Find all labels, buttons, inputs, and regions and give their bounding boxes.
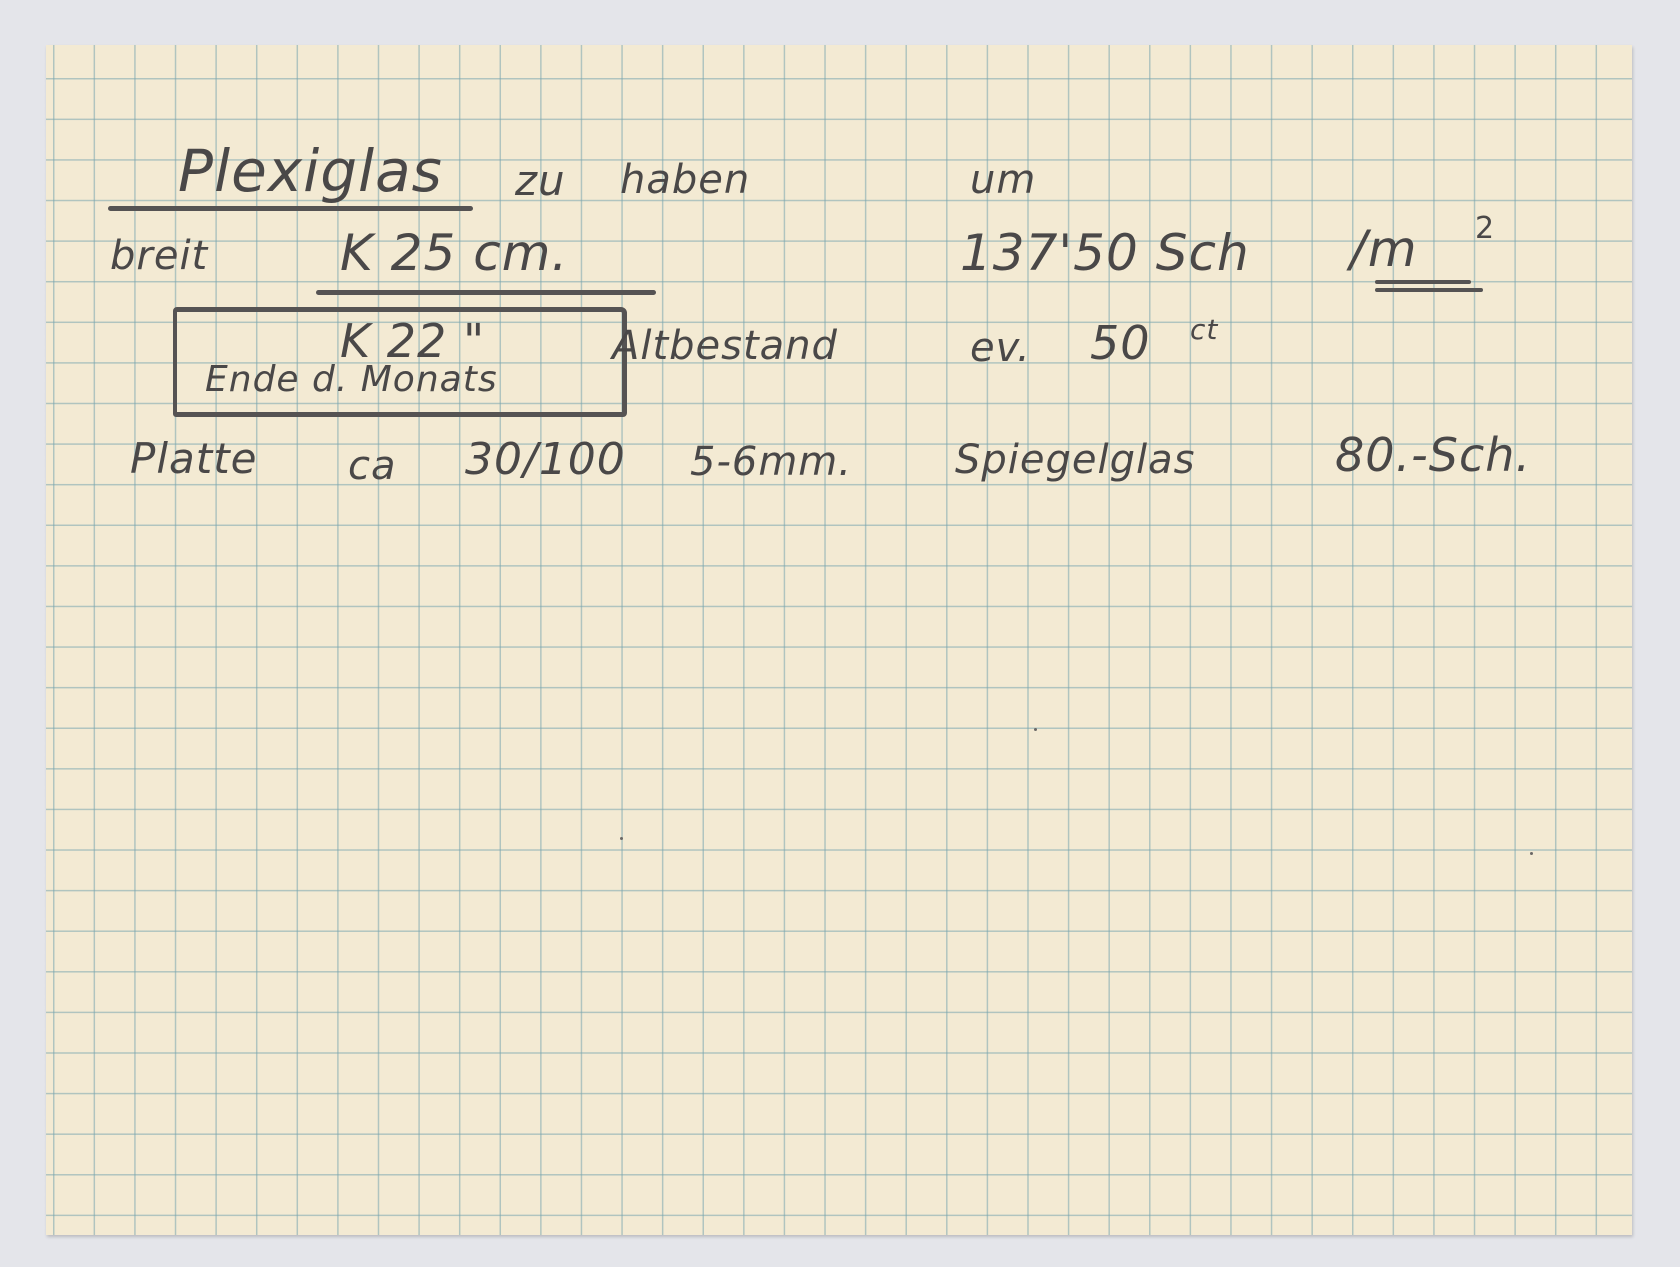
line3-material: Spiegelglas	[955, 440, 1195, 480]
line3-label: Platte	[130, 438, 258, 480]
line2-item: K 22 "	[340, 318, 485, 364]
line3-approx: ca	[348, 446, 397, 486]
paper-speck	[1034, 728, 1037, 731]
line1-superscript: 2	[1475, 214, 1495, 244]
line3-price: 80.-Sch.	[1335, 432, 1531, 478]
line2-description: Altbestand	[612, 326, 838, 366]
line2-price-suffix: ct	[1190, 316, 1218, 344]
line2-approx: ev.	[970, 328, 1031, 368]
heading-word-zu: zu	[515, 160, 566, 202]
line2-price: 50	[1090, 320, 1151, 366]
paper-speck	[620, 837, 623, 840]
line1-item-underline	[316, 290, 656, 295]
heading-word-um: um	[970, 160, 1036, 200]
line1-price: 137'50 Sch	[960, 228, 1250, 278]
line1-per-unit: /m	[1350, 224, 1418, 274]
perforated-edge	[42, 45, 48, 1235]
heading-title: Plexiglas	[178, 142, 443, 200]
heading-word-haben: haben	[620, 160, 750, 200]
line3-thickness: 5-6mm.	[690, 442, 852, 482]
line2-note: Ende d. Monats	[205, 362, 498, 398]
line3-size: 30/100	[465, 438, 626, 482]
line1-item: K 25 cm.	[340, 228, 568, 278]
heading-underline	[108, 206, 473, 211]
line1-unit-double-underline-top	[1375, 280, 1471, 284]
line1-label: breit	[110, 236, 208, 276]
paper-speck	[1530, 852, 1533, 855]
line1-unit-double-underline-bottom	[1375, 288, 1483, 292]
